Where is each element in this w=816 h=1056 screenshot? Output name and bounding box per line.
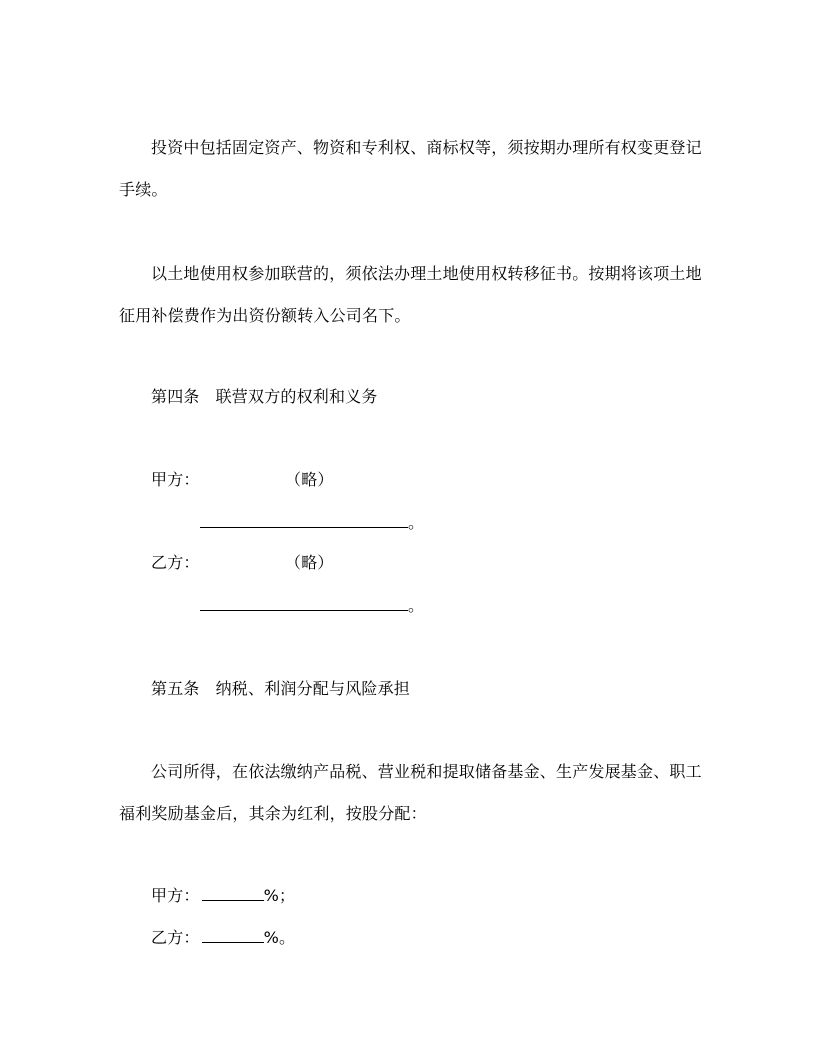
- article5-heading: 第五条纳税、利润分配与风险承担: [151, 679, 410, 699]
- share-party-a-suffix: %；: [264, 886, 296, 905]
- article4-party-a-note: （略）: [285, 470, 334, 490]
- share-party-a-label: 甲方：: [151, 886, 200, 905]
- article5-para-line2: 福利奖励基金后，其余为红利，按股分配：: [119, 804, 427, 824]
- article5-title: 纳税、利润分配与风险承担: [216, 679, 410, 698]
- article4-party-b-label: 乙方：: [151, 553, 200, 573]
- article5-number: 第五条: [151, 679, 200, 698]
- article5-para-line1: 公司所得，在依法缴纳产品税、营业税和提取储备基金、生产发展基金、职工: [151, 762, 702, 782]
- share-party-b-blank[interactable]: [202, 928, 264, 943]
- document-page: 投资中包括固定资产、物资和专利权、商标权等，须按期办理所有权变更登记 手续。 以…: [0, 0, 816, 1056]
- para2-line1: 以土地使用权参加联营的，须依法办理土地使用权转移征书。按期将该项土地: [151, 264, 702, 284]
- article4-party-a-blank-line: 。: [200, 513, 424, 533]
- article4-title: 联营双方的权利和义务: [216, 387, 378, 406]
- party-b-period: 。: [408, 596, 424, 615]
- article4-number: 第四条: [151, 387, 200, 406]
- share-party-b-label: 乙方：: [151, 928, 200, 947]
- article4-party-a-label: 甲方：: [151, 470, 200, 490]
- share-party-b-suffix: %。: [264, 928, 296, 947]
- para1-line2: 手续。: [119, 180, 168, 200]
- article4-party-b-note: （略）: [285, 553, 334, 573]
- article4-heading: 第四条联营双方的权利和义务: [151, 387, 378, 407]
- para2-line2: 征用补偿费作为出资份额转入公司名下。: [119, 306, 411, 326]
- para1-line1: 投资中包括固定资产、物资和专利权、商标权等，须按期办理所有权变更登记: [151, 138, 702, 158]
- party-a-period: 。: [408, 513, 424, 532]
- share-party-a-blank[interactable]: [202, 886, 264, 901]
- article5-party-a-share: 甲方：%；: [151, 886, 295, 906]
- party-a-blank[interactable]: [200, 513, 408, 528]
- article5-party-b-share: 乙方：%。: [151, 928, 295, 948]
- party-b-blank[interactable]: [200, 596, 408, 611]
- article4-party-b-blank-line: 。: [200, 596, 424, 616]
